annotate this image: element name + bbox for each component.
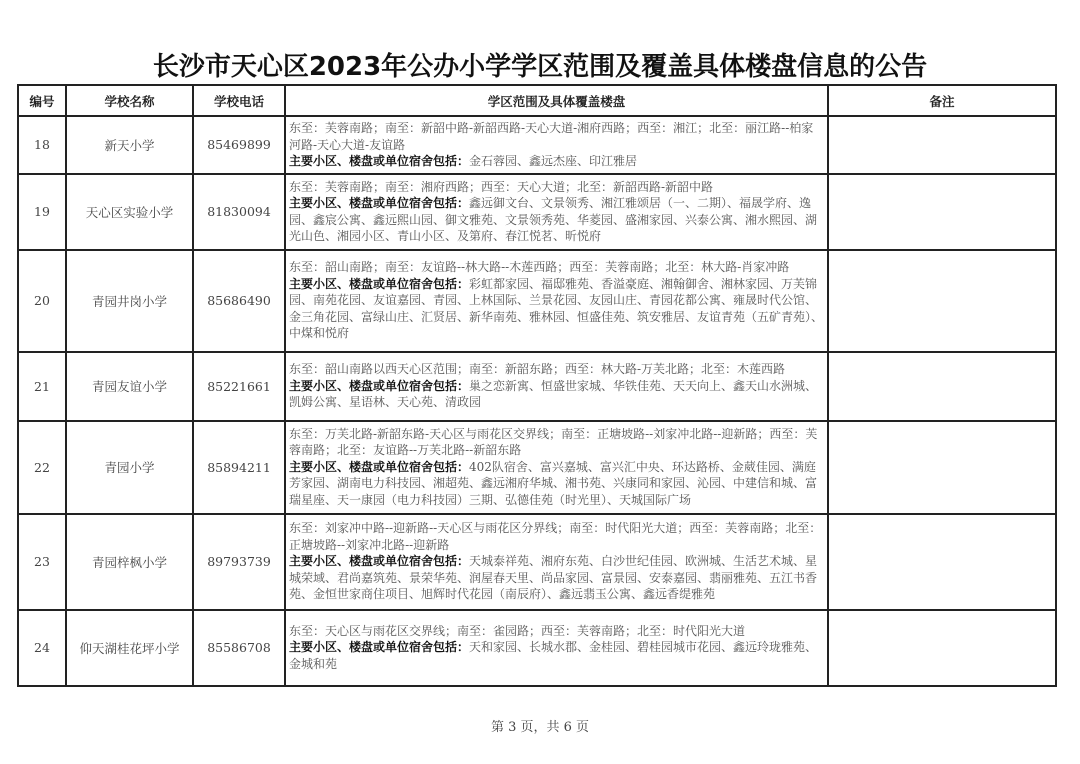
remark-cell (828, 116, 1056, 174)
estates-label: 主要小区、楼盘或单位宿舍包括： (289, 554, 469, 568)
district-scope: 东至：万芙北路-新韶东路-天心区与雨花区交界线；南至：正塘坡路--刘家冲北路--… (285, 421, 828, 514)
estates-label: 主要小区、楼盘或单位宿舍包括： (289, 277, 469, 291)
district-scope: 东至：芙蓉南路；南至：湘府西路；西至：天心大道；北至：新韶西路-新韶中路主要小区… (285, 174, 828, 250)
remark-cell (828, 514, 1056, 610)
estates-text: 金石蓉园、鑫远杰座、印江雅居 (469, 154, 637, 168)
remark-cell (828, 610, 1056, 686)
row-number: 18 (18, 116, 66, 174)
table-row: 23青园梓枫小学89793739东至：刘家冲中路--迎新路--天心区与雨花区分界… (18, 514, 1056, 610)
school-phone: 85894211 (193, 421, 285, 514)
school-phone: 89793739 (193, 514, 285, 610)
school-name: 新天小学 (66, 116, 193, 174)
estates-line: 主要小区、楼盘或单位宿舍包括：天城泰祥苑、湘府东苑、白沙世纪佳园、欧洲城、生活艺… (289, 553, 824, 603)
school-phone: 81830094 (193, 174, 285, 250)
estates-line: 主要小区、楼盘或单位宿舍包括：彩虹都家园、福邸雅苑、香溢豪庭、湘翰御舍、湘林家园… (289, 276, 824, 342)
row-number: 24 (18, 610, 66, 686)
boundary-text: 东至：韶山南路以西天心区范围；南至：新韶东路；西至：林大路-万芙北路；北至：木莲… (289, 361, 824, 378)
row-number: 19 (18, 174, 66, 250)
remark-cell (828, 421, 1056, 514)
boundary-text: 东至：万芙北路-新韶东路-天心区与雨花区交界线；南至：正塘坡路--刘家冲北路--… (289, 426, 824, 459)
estates-label: 主要小区、楼盘或单位宿舍包括： (289, 460, 469, 474)
remark-cell (828, 352, 1056, 421)
school-name: 青园梓枫小学 (66, 514, 193, 610)
school-name: 仰天湖桂花坪小学 (66, 610, 193, 686)
header-number: 编号 (18, 85, 66, 116)
header-district-scope: 学区范围及具体覆盖楼盘 (285, 85, 828, 116)
table-row: 22青园小学85894211东至：万芙北路-新韶东路-天心区与雨花区交界线；南至… (18, 421, 1056, 514)
estates-label: 主要小区、楼盘或单位宿舍包括： (289, 154, 469, 168)
school-name: 天心区实验小学 (66, 174, 193, 250)
district-scope: 东至：芙蓉南路；南至：新韶中路-新韶西路-天心大道-湘府西路；西至：湘江；北至：… (285, 116, 828, 174)
district-scope: 东至：韶山南路；南至：友谊路--林大路--木莲西路；西至：芙蓉南路；北至：林大路… (285, 250, 828, 352)
header-school-phone: 学校电话 (193, 85, 285, 116)
document-title: 长沙市天心区2023年公办小学学区范围及覆盖具体楼盘信息的公告 (0, 50, 1080, 84)
table-row: 24仰天湖桂花坪小学85586708东至：天心区与雨花区交界线；南至：雀园路；西… (18, 610, 1056, 686)
estates-line: 主要小区、楼盘或单位宿舍包括：鑫远御文台、文景领秀、湘江雅颂居（一、二期）、福晟… (289, 195, 824, 245)
row-number: 21 (18, 352, 66, 421)
boundary-text: 东至：天心区与雨花区交界线；南至：雀园路；西至：芙蓉南路；北至：时代阳光大道 (289, 623, 824, 640)
table-header-row: 编号 学校名称 学校电话 学区范围及具体覆盖楼盘 备注 (18, 85, 1056, 116)
school-phone: 85469899 (193, 116, 285, 174)
estates-line: 主要小区、楼盘或单位宿舍包括：巢之恋新寓、恒盛世家城、华铁佳苑、天天向上、鑫天山… (289, 378, 824, 411)
estates-line: 主要小区、楼盘或单位宿舍包括：天和家园、长城水郡、金桂园、碧桂园城市花园、鑫远玲… (289, 639, 824, 672)
district-scope: 东至：韶山南路以西天心区范围；南至：新韶东路；西至：林大路-万芙北路；北至：木莲… (285, 352, 828, 421)
school-name: 青园井岗小学 (66, 250, 193, 352)
boundary-text: 东至：刘家冲中路--迎新路--天心区与雨花区分界线；南至：时代阳光大道；西至：芙… (289, 520, 824, 553)
page-footer: 第 3 页，共 6 页 (0, 716, 1080, 735)
table-row: 21青园友谊小学85221661东至：韶山南路以西天心区范围；南至：新韶东路；西… (18, 352, 1056, 421)
header-school-name: 学校名称 (66, 85, 193, 116)
school-phone: 85686490 (193, 250, 285, 352)
school-district-table: 编号 学校名称 学校电话 学区范围及具体覆盖楼盘 备注 18新天小学854698… (17, 84, 1057, 687)
district-scope: 东至：刘家冲中路--迎新路--天心区与雨花区分界线；南至：时代阳光大道；西至：芙… (285, 514, 828, 610)
boundary-text: 东至：芙蓉南路；南至：湘府西路；西至：天心大道；北至：新韶西路-新韶中路 (289, 179, 824, 196)
school-phone: 85586708 (193, 610, 285, 686)
estates-label: 主要小区、楼盘或单位宿舍包括： (289, 196, 469, 210)
remark-cell (828, 174, 1056, 250)
row-number: 23 (18, 514, 66, 610)
table-row: 20青园井岗小学85686490东至：韶山南路；南至：友谊路--林大路--木莲西… (18, 250, 1056, 352)
estates-line: 主要小区、楼盘或单位宿舍包括：金石蓉园、鑫远杰座、印江雅居 (289, 153, 824, 170)
estates-label: 主要小区、楼盘或单位宿舍包括： (289, 640, 469, 654)
estates-label: 主要小区、楼盘或单位宿舍包括： (289, 379, 469, 393)
school-name: 青园小学 (66, 421, 193, 514)
boundary-text: 东至：韶山南路；南至：友谊路--林大路--木莲西路；西至：芙蓉南路；北至：林大路… (289, 259, 824, 276)
school-phone: 85221661 (193, 352, 285, 421)
table-row: 18新天小学85469899东至：芙蓉南路；南至：新韶中路-新韶西路-天心大道-… (18, 116, 1056, 174)
estates-line: 主要小区、楼盘或单位宿舍包括：402队宿舍、富兴嘉城、富兴汇中央、环达路桥、金葳… (289, 459, 824, 509)
row-number: 20 (18, 250, 66, 352)
remark-cell (828, 250, 1056, 352)
table-row: 19天心区实验小学81830094东至：芙蓉南路；南至：湘府西路；西至：天心大道… (18, 174, 1056, 250)
boundary-text: 东至：芙蓉南路；南至：新韶中路-新韶西路-天心大道-湘府西路；西至：湘江；北至：… (289, 120, 824, 153)
row-number: 22 (18, 421, 66, 514)
school-name: 青园友谊小学 (66, 352, 193, 421)
district-scope: 东至：天心区与雨花区交界线；南至：雀园路；西至：芙蓉南路；北至：时代阳光大道主要… (285, 610, 828, 686)
header-remark: 备注 (828, 85, 1056, 116)
